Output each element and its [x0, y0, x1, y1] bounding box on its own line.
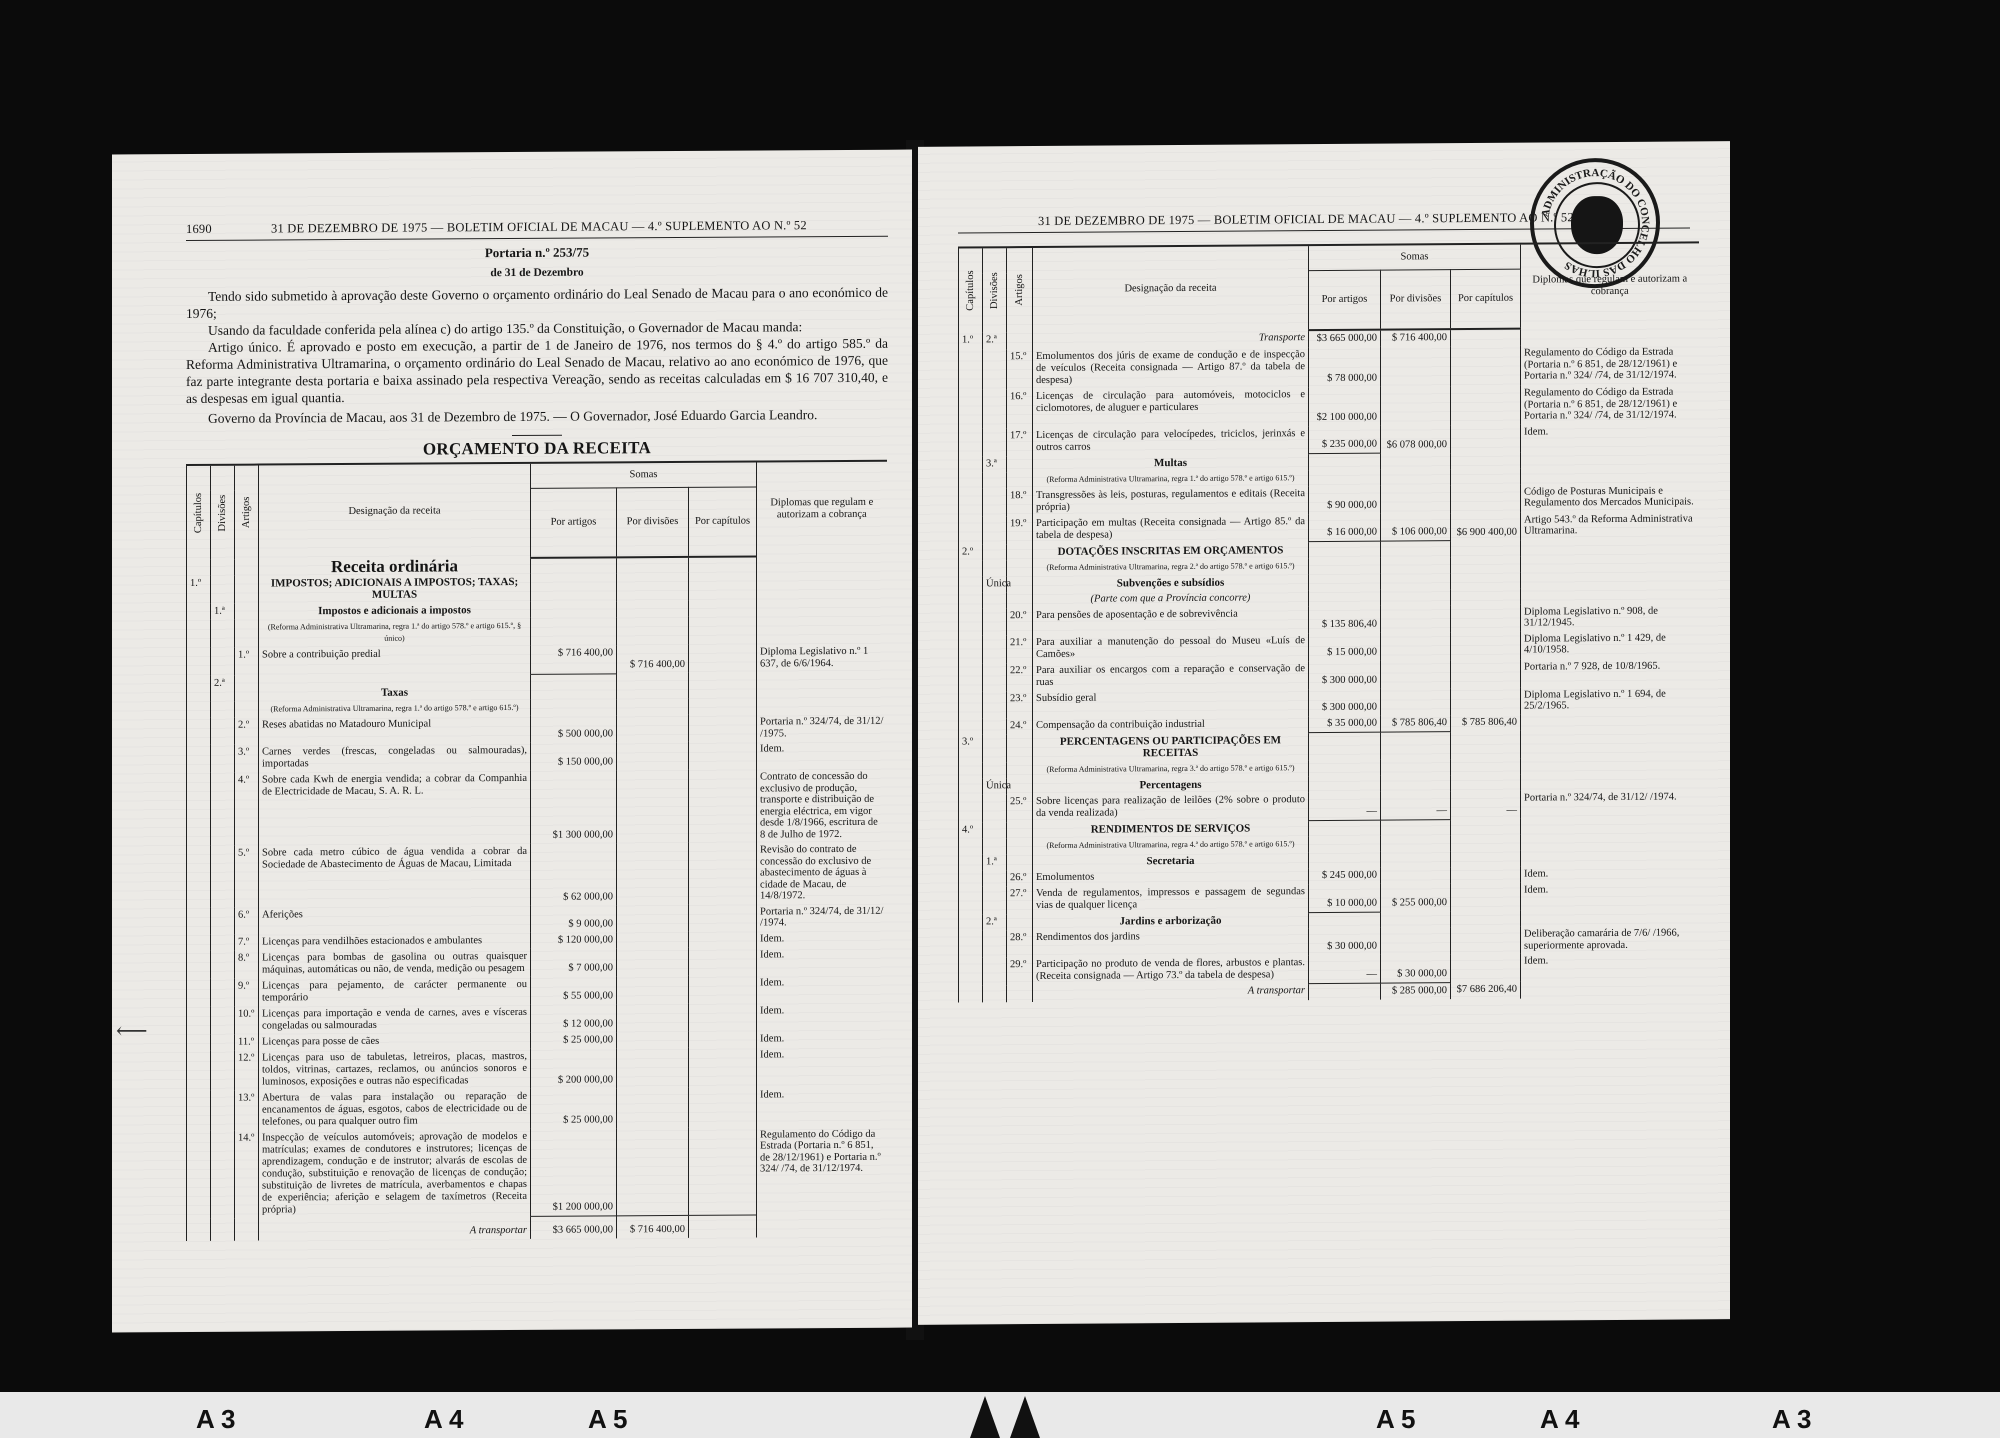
- film-strip: [0, 1392, 2000, 1438]
- table-row: 10.ºLicenças para importação e venda de …: [187, 1002, 887, 1034]
- budget-title: ORÇAMENTO DA RECEITA: [186, 438, 888, 459]
- running-header-left: 1690 31 DE DEZEMBRO DE 1975 — BOLETIM OF…: [186, 218, 888, 222]
- division-number: [983, 822, 1007, 838]
- budget-table-right: Capítulos Divisões Artigos Designação da…: [958, 241, 1699, 1002]
- col-diplomas: Diplomas que regulam e autorizam a cobra…: [1521, 242, 1699, 328]
- table-row: 2.ºReses abatidas no Matadouro Municipal…: [187, 714, 887, 745]
- col-capitulos: Capítulos: [959, 247, 983, 332]
- col-diplomas: Diplomas que regulam e autorizam a cobra…: [757, 461, 887, 557]
- chapter-number: [959, 914, 983, 930]
- section-heading: (Parte com que a Província concorre): [1033, 590, 1309, 608]
- col-artigos: Artigos: [235, 465, 259, 560]
- section-heading: DOTAÇÕES INSCRITAS EM ORÇAMENTOS: [1033, 542, 1309, 560]
- right-page: 31 DE DEZEMBRO DE 1975 — BOLETIM OFICIAL…: [918, 141, 1730, 1325]
- portaria-signature: Governo da Província de Macau, aos 31 de…: [186, 406, 888, 427]
- section-heading: (Reforma Administrativa Ultramarina, reg…: [1033, 470, 1309, 488]
- division-title: Impostos e adicionais a impostos: [259, 602, 531, 620]
- col-somas: Somas: [531, 462, 757, 489]
- division-number: [983, 838, 1007, 854]
- division-title: Taxas: [259, 674, 531, 702]
- page-number: 1690: [186, 222, 212, 237]
- chapter-number: 3.º: [959, 734, 983, 762]
- table-row: 5.ºSobre cada metro cúbico de água vendi…: [187, 842, 887, 908]
- margin-arrow-mark: ⟵: [116, 1018, 148, 1044]
- division-number: Única: [983, 778, 1007, 794]
- portaria-block: Portaria n.º 253/75 de 31 de Dezembro Te…: [186, 242, 888, 459]
- budget-table-left: Capítulos Divisões Artigos Designação da…: [186, 460, 887, 1241]
- chapter-title: IMPOSTOS; ADICIONAIS A IMPOSTOS; TAXAS; …: [259, 574, 531, 604]
- divider: [512, 435, 562, 436]
- division-number: 2.ª: [983, 914, 1007, 930]
- division-number: Única: [983, 576, 1007, 592]
- portaria-paragraph: Artigo único. É aprovado e posto em exec…: [186, 335, 888, 407]
- col-por-artigos: Por artigos: [531, 488, 617, 558]
- division-number: [983, 734, 1007, 762]
- division-number: [983, 472, 1007, 488]
- chapter-number: [959, 778, 983, 794]
- film-mark: A 5: [588, 1404, 628, 1435]
- film-mark: A 3: [1772, 1404, 1812, 1435]
- section-heading: (Reforma Administrativa Ultramarina, reg…: [1033, 760, 1309, 778]
- table-row: 8.ºLicenças para bombas de gasolina ou o…: [187, 946, 887, 978]
- table-row: 4.ºSobre cada Kwh de energia vendida; a …: [187, 769, 887, 846]
- division-note: (Reforma Administrativa Ultramarina, reg…: [259, 618, 531, 648]
- col-somas: Somas: [1309, 244, 1521, 271]
- table-row: 16.ºLicenças de circulação para automóve…: [959, 384, 1699, 428]
- section-title: Receita ordinária: [259, 558, 531, 576]
- section-heading: Secretaria: [1033, 852, 1309, 870]
- col-artigos: Artigos: [1007, 247, 1033, 332]
- col-por-capitulos: Por capítulos: [689, 487, 757, 557]
- col-designacao: Designação da receita: [1033, 245, 1309, 332]
- header-title: 31 DE DEZEMBRO DE 1975 — BOLETIM OFICIAL…: [271, 218, 807, 236]
- chapter-number: [959, 854, 983, 870]
- portaria-title: Portaria n.º 253/75: [186, 242, 888, 263]
- section-heading: PERCENTAGENS OU PARTICIPAÇÕES EM RECEITA…: [1033, 732, 1309, 762]
- col-por-artigos: Por artigos: [1309, 270, 1381, 330]
- section-heading: Percentagens: [1033, 776, 1309, 794]
- division-number: [983, 560, 1007, 576]
- col-por-divisoes: Por divisões: [617, 487, 689, 557]
- section-heading: (Reforma Administrativa Ultramarina, reg…: [1033, 558, 1309, 576]
- division-number: 2.ª: [211, 676, 235, 702]
- table-row: 9.ºLicenças para pejamento, de carácter …: [187, 974, 887, 1006]
- film-mark: A 3: [196, 1404, 236, 1435]
- table-row: 14.ºInspecção de veículos automóveis; ap…: [187, 1126, 887, 1218]
- left-page: 1690 31 DE DEZEMBRO DE 1975 — BOLETIM OF…: [112, 150, 912, 1333]
- col-capitulos: Capítulos: [187, 465, 211, 560]
- col-divisoes: Divisões: [211, 465, 235, 560]
- header-rule: [186, 236, 888, 241]
- chapter-number: [959, 560, 983, 576]
- col-designacao: Designação da receita: [259, 463, 531, 560]
- portaria-date: de 31 de Dezembro: [186, 263, 888, 284]
- section-heading: Multas: [1033, 454, 1309, 472]
- col-por-divisoes: Por divisões: [1381, 270, 1451, 330]
- table-row: 12.ºLicenças para uso de tabuletas, letr…: [187, 1046, 887, 1090]
- film-center-marker-icon: [1010, 1396, 1040, 1438]
- header-title: 31 DE DEZEMBRO DE 1975 — BOLETIM OFICIAL…: [1038, 210, 1574, 229]
- chapter-number: [959, 576, 983, 592]
- film-mark: A 5: [1376, 1404, 1416, 1435]
- chapter-number: 2.º: [959, 544, 983, 560]
- section-heading: Jardins e arborização: [1033, 912, 1309, 930]
- chapter-number: 4.º: [959, 822, 983, 838]
- film-mark: A 4: [1540, 1404, 1580, 1435]
- division-number: [983, 592, 1007, 608]
- table-row: 1.º Sobre a contribuição predial $ 716 4…: [187, 644, 887, 676]
- section-heading: (Reforma Administrativa Ultramarina, reg…: [1033, 836, 1309, 854]
- table-row: 13.ºAbertura de valas para instalação ou…: [187, 1086, 887, 1130]
- chapter-number: [959, 762, 983, 778]
- table-row: 3.ºCarnes verdes (frescas, congeladas ou…: [187, 741, 887, 773]
- division-note: (Reforma Administrativa Ultramarina, reg…: [259, 700, 531, 718]
- division-number: 3.ª: [983, 456, 1007, 472]
- col-por-capitulos: Por capítulos: [1451, 269, 1521, 329]
- chapter-number: 1.º: [187, 576, 211, 604]
- chapter-number: [959, 838, 983, 854]
- col-divisoes: Divisões: [983, 247, 1007, 332]
- chapter-number: [959, 472, 983, 488]
- carry-forward-row: A transportar $3 665 000,00 $ 716 400,00: [187, 1214, 887, 1241]
- table-row: 15.ºEmolumentos dos júris de exame de co…: [959, 344, 1699, 389]
- section-heading: RENDIMENTOS DE SERVIÇOS: [1033, 820, 1309, 838]
- table-row: 6.ºAferições$ 9 000,00Portaria n.º 324/7…: [187, 903, 887, 934]
- division-number: 1.ª: [983, 854, 1007, 870]
- division-number: [983, 762, 1007, 778]
- division-number: 1.ª: [211, 604, 235, 620]
- film-center-marker-icon: [970, 1396, 1000, 1438]
- section-heading: Subvenções e subsídios: [1033, 574, 1309, 592]
- division-number: [983, 544, 1007, 560]
- film-mark: A 4: [424, 1404, 464, 1435]
- portaria-paragraph: Tendo sido submetido à aprovação deste G…: [186, 284, 888, 322]
- chapter-number: [959, 592, 983, 608]
- chapter-number: [959, 456, 983, 472]
